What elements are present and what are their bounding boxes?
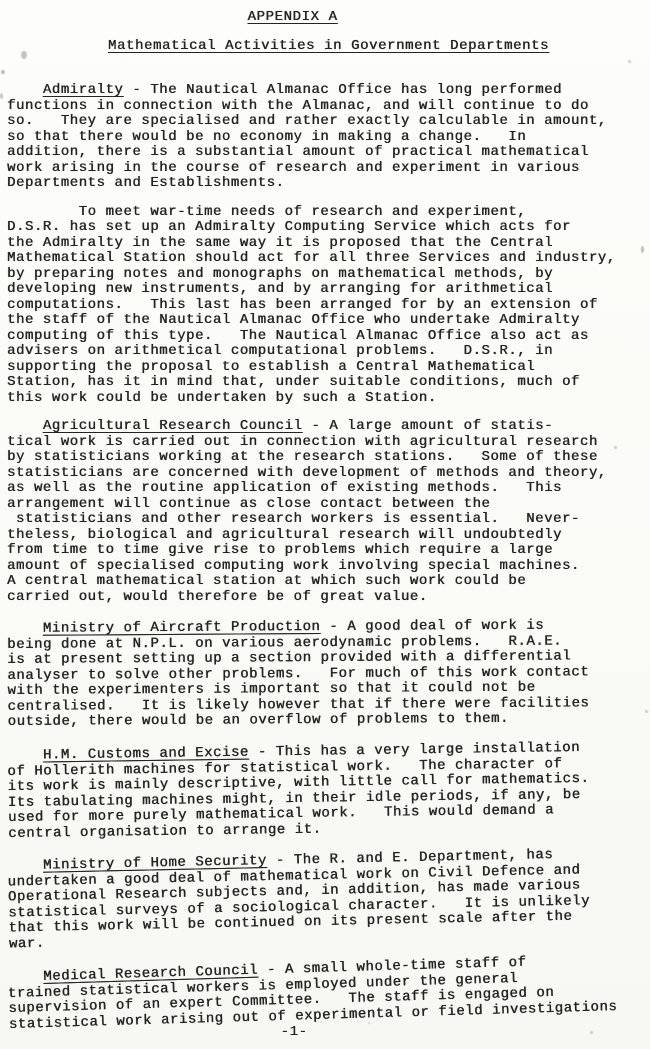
appendix-title: APPENDIX A — [0, 9, 614, 25]
paragraph-body: - The Nautical Almanac Office has long p… — [7, 82, 607, 191]
scan-speck — [614, 446, 617, 449]
scan-speck — [368, 1022, 370, 1024]
section-heading-admiralty: Admiralty — [43, 82, 124, 98]
paragraph-indent — [7, 418, 43, 434]
paragraph-indent — [7, 82, 43, 98]
paragraph-indent — [7, 857, 43, 874]
page-number: -1- — [0, 1024, 650, 1040]
scan-speck — [21, 51, 27, 59]
paragraph-ministry-of-home-security: Ministry of Home Security - The R. and E… — [7, 846, 650, 952]
paragraph-indent — [7, 621, 43, 637]
scan-speck — [645, 710, 648, 713]
document-title-text: Mathematical Activities in Government De… — [108, 38, 549, 54]
appendix-title-text: APPENDIX A — [247, 9, 337, 25]
paragraph-medical-research-council: Medical Research Council - A small whole… — [7, 952, 650, 1033]
scan-speck — [641, 246, 644, 253]
paragraph-body: - A large amount of statis- tical work i… — [7, 418, 607, 605]
scan-speck — [590, 1031, 593, 1034]
document-title: Mathematical Activities in Government De… — [7, 38, 650, 54]
paragraph-indent — [7, 204, 79, 220]
document-page: APPENDIX A Mathematical Activities in Go… — [0, 0, 650, 1049]
paragraph-body: To meet war-time needs of research and e… — [7, 204, 616, 406]
paragraph-indent — [7, 969, 43, 986]
paragraph-ministry-of-aircraft-production: Ministry of Aircraft Production - A good… — [7, 618, 650, 730]
paragraph-hm-customs-and-excise: H.M. Customs and Excise - This has a ver… — [7, 740, 650, 842]
scan-speck — [628, 60, 631, 63]
paragraph-indent — [7, 747, 43, 763]
paragraph-admiralty: Admiralty - The Nautical Almanac Office … — [7, 83, 650, 192]
scan-speck — [0, 93, 3, 99]
scan-speck — [1, 70, 5, 74]
paragraph-body: - A small whole-time staff of trained st… — [8, 954, 618, 1032]
paragraph-agricultural-research-council: Agricultural Research Council - A large … — [7, 419, 650, 605]
section-heading-agricultural-research-council: Agricultural Research Council — [43, 418, 303, 434]
page-content: APPENDIX A Mathematical Activities in Go… — [0, 0, 650, 1014]
paragraph-wartime-needs: To meet war-time needs of research and e… — [7, 205, 650, 407]
